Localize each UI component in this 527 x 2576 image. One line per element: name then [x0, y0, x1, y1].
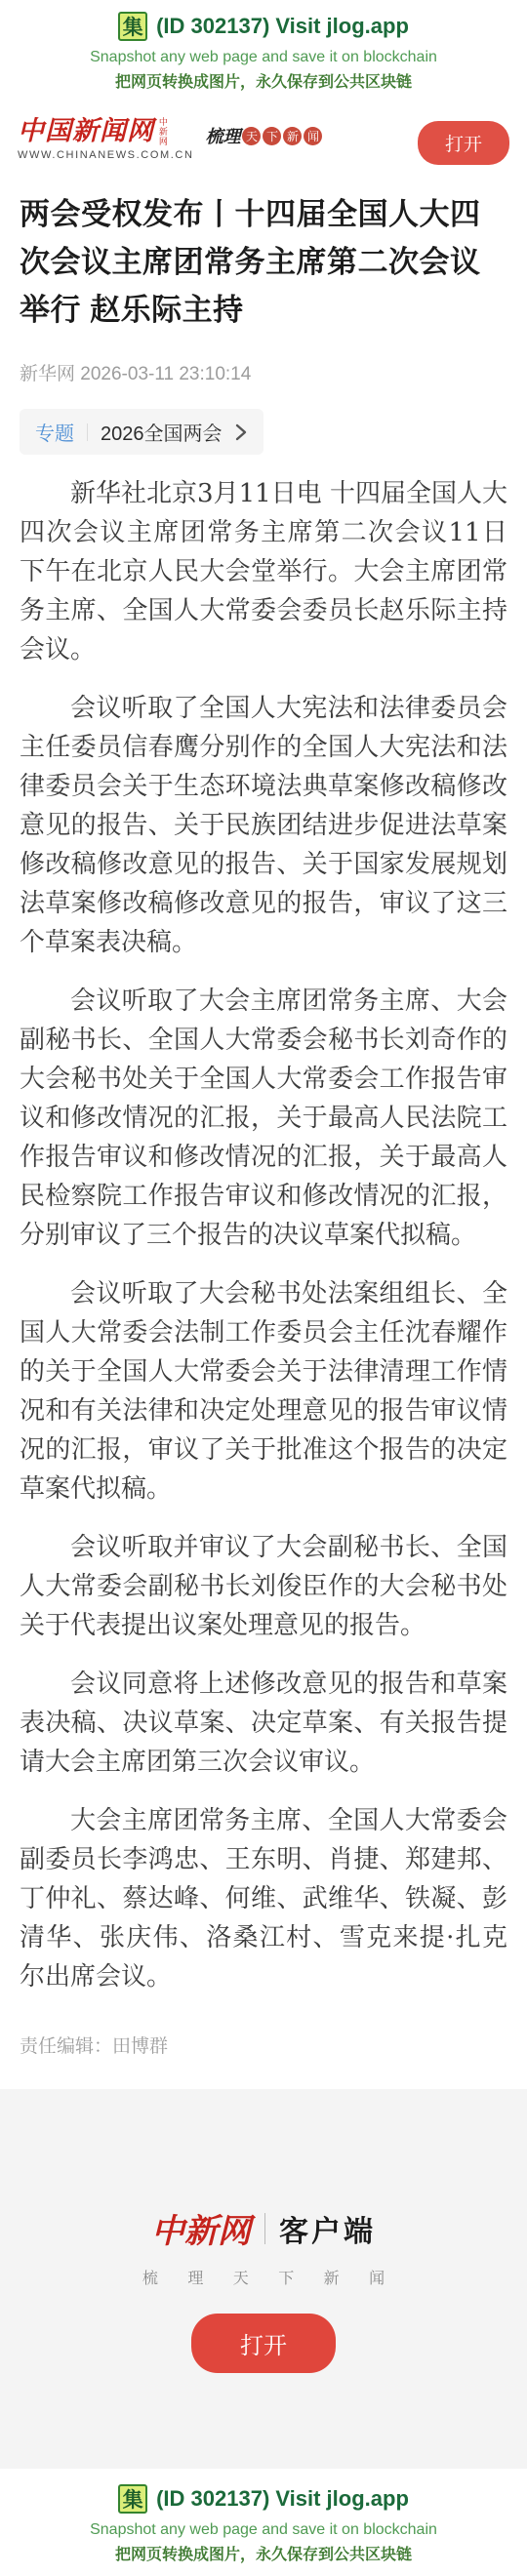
- promo-headline-row: 集 (ID 302137) Visit jlog.app: [0, 12, 527, 41]
- article-paragraph: 新华社北京3月11日电 十四届全国人大四次会议主席团常务主席第二次会议11日下午…: [20, 474, 507, 669]
- footer-logo-row: 中新网 客户端: [0, 2204, 527, 2252]
- article-paragraph: 会议听取了大会秘书处法案组组长、全国人大常委会法制工作委员会主任沈春耀作的关于全…: [20, 1274, 507, 1509]
- footer-client-label: 客户端: [279, 2207, 376, 2250]
- editor-byline: 责任编辑：田博群: [20, 2032, 507, 2058]
- article-paragraph: 会议听取了大会主席团常务主席、大会副秘书长、全国人大常委会秘书长刘奇作的大会秘书…: [20, 982, 507, 1255]
- app-footer: 中新网 客户端 梳 理 天 下 新 闻 打开: [0, 2089, 527, 2469]
- site-slogan: 梳理 天 下 新 闻: [205, 123, 322, 148]
- chinanews-logo[interactable]: 中国新闻网 中新网 WWW.CHINANEWS.COM.CN: [18, 117, 193, 161]
- open-app-button-bottom[interactable]: 打开: [191, 2314, 336, 2373]
- site-url: WWW.CHINANEWS.COM.CN: [18, 149, 193, 161]
- ji-badge-icon: 集: [118, 12, 147, 41]
- topic-label: 专题: [35, 418, 74, 446]
- promo-subtitle-zh: 把网页转换成图片，永久保存到公共区块链: [0, 2542, 527, 2564]
- promo-headline-row: 集 (ID 302137) Visit jlog.app: [0, 2484, 527, 2514]
- chinanews-logo-side-text: 中新网: [157, 117, 167, 146]
- article-body: 新华社北京3月11日电 十四届全国人大四次会议主席团常务主席第二次会议11日下午…: [20, 474, 507, 1996]
- topic-name: 2026全国两会: [101, 418, 223, 446]
- slogan-circle-char: 下: [263, 127, 281, 145]
- topic-link[interactable]: 专题 2026全国两会: [20, 409, 263, 455]
- promo-subtitle-en: Snapshot any web page and save it on blo…: [0, 49, 527, 66]
- promo-banner-top[interactable]: 集 (ID 302137) Visit jlog.app Snapshot an…: [0, 0, 527, 103]
- footer-chinanews-logo: 中新网: [151, 2204, 251, 2252]
- footer-slogan: 梳 理 天 下 新 闻: [0, 2266, 527, 2288]
- promo-headline[interactable]: (ID 302137) Visit jlog.app: [156, 14, 409, 39]
- article-paragraph: 会议同意将上述修改意见的报告和草案表决稿、决议草案、决定草案、有关报告提请大会主…: [20, 1665, 507, 1782]
- chinanews-logo-text: 中国新闻网: [18, 117, 154, 146]
- site-header: 中国新闻网 中新网 WWW.CHINANEWS.COM.CN 梳理 天 下 新 …: [0, 103, 527, 171]
- article-meta: 新华网 2026-03-11 23:10:14: [20, 359, 507, 385]
- article-paragraph: 大会主席团常务主席、全国人大常委会副委员长李鸿忠、王东明、肖捷、郑建邦、丁仲礼、…: [20, 1801, 507, 1996]
- chevron-right-icon: [234, 423, 248, 442]
- slogan-circle-char: 闻: [304, 127, 322, 145]
- article-paragraph: 会议听取并审议了大会副秘书长、全国人大常委会副秘书长刘俊臣作的大会秘书处关于代表…: [20, 1528, 507, 1645]
- slogan-prefix: 梳理: [205, 123, 240, 148]
- slogan-circle-char: 天: [242, 127, 261, 145]
- promo-headline[interactable]: (ID 302137) Visit jlog.app: [156, 2486, 409, 2512]
- promo-subtitle-en: Snapshot any web page and save it on blo…: [0, 2521, 527, 2539]
- article-paragraph: 会议听取了全国人大宪法和法律委员会主任委员信春鹰分别作的全国人大宪法和法律委员会…: [20, 689, 507, 962]
- footer-logo-divider: [264, 2213, 265, 2244]
- open-app-button-top[interactable]: 打开: [418, 121, 509, 165]
- article: 两会受权发布丨十四届全国人大四次会议主席团常务主席第二次会议举行 赵乐际主持 新…: [0, 190, 527, 2058]
- promo-banner-bottom[interactable]: 集 (ID 302137) Visit jlog.app Snapshot an…: [0, 2469, 527, 2576]
- ji-badge-icon: 集: [118, 2484, 147, 2514]
- article-title: 两会受权发布丨十四届全国人大四次会议主席团常务主席第二次会议举行 赵乐际主持: [20, 190, 507, 334]
- slogan-circle-char: 新: [283, 127, 302, 145]
- promo-subtitle-zh: 把网页转换成图片，永久保存到公共区块链: [0, 69, 527, 92]
- topic-divider: [87, 423, 88, 441]
